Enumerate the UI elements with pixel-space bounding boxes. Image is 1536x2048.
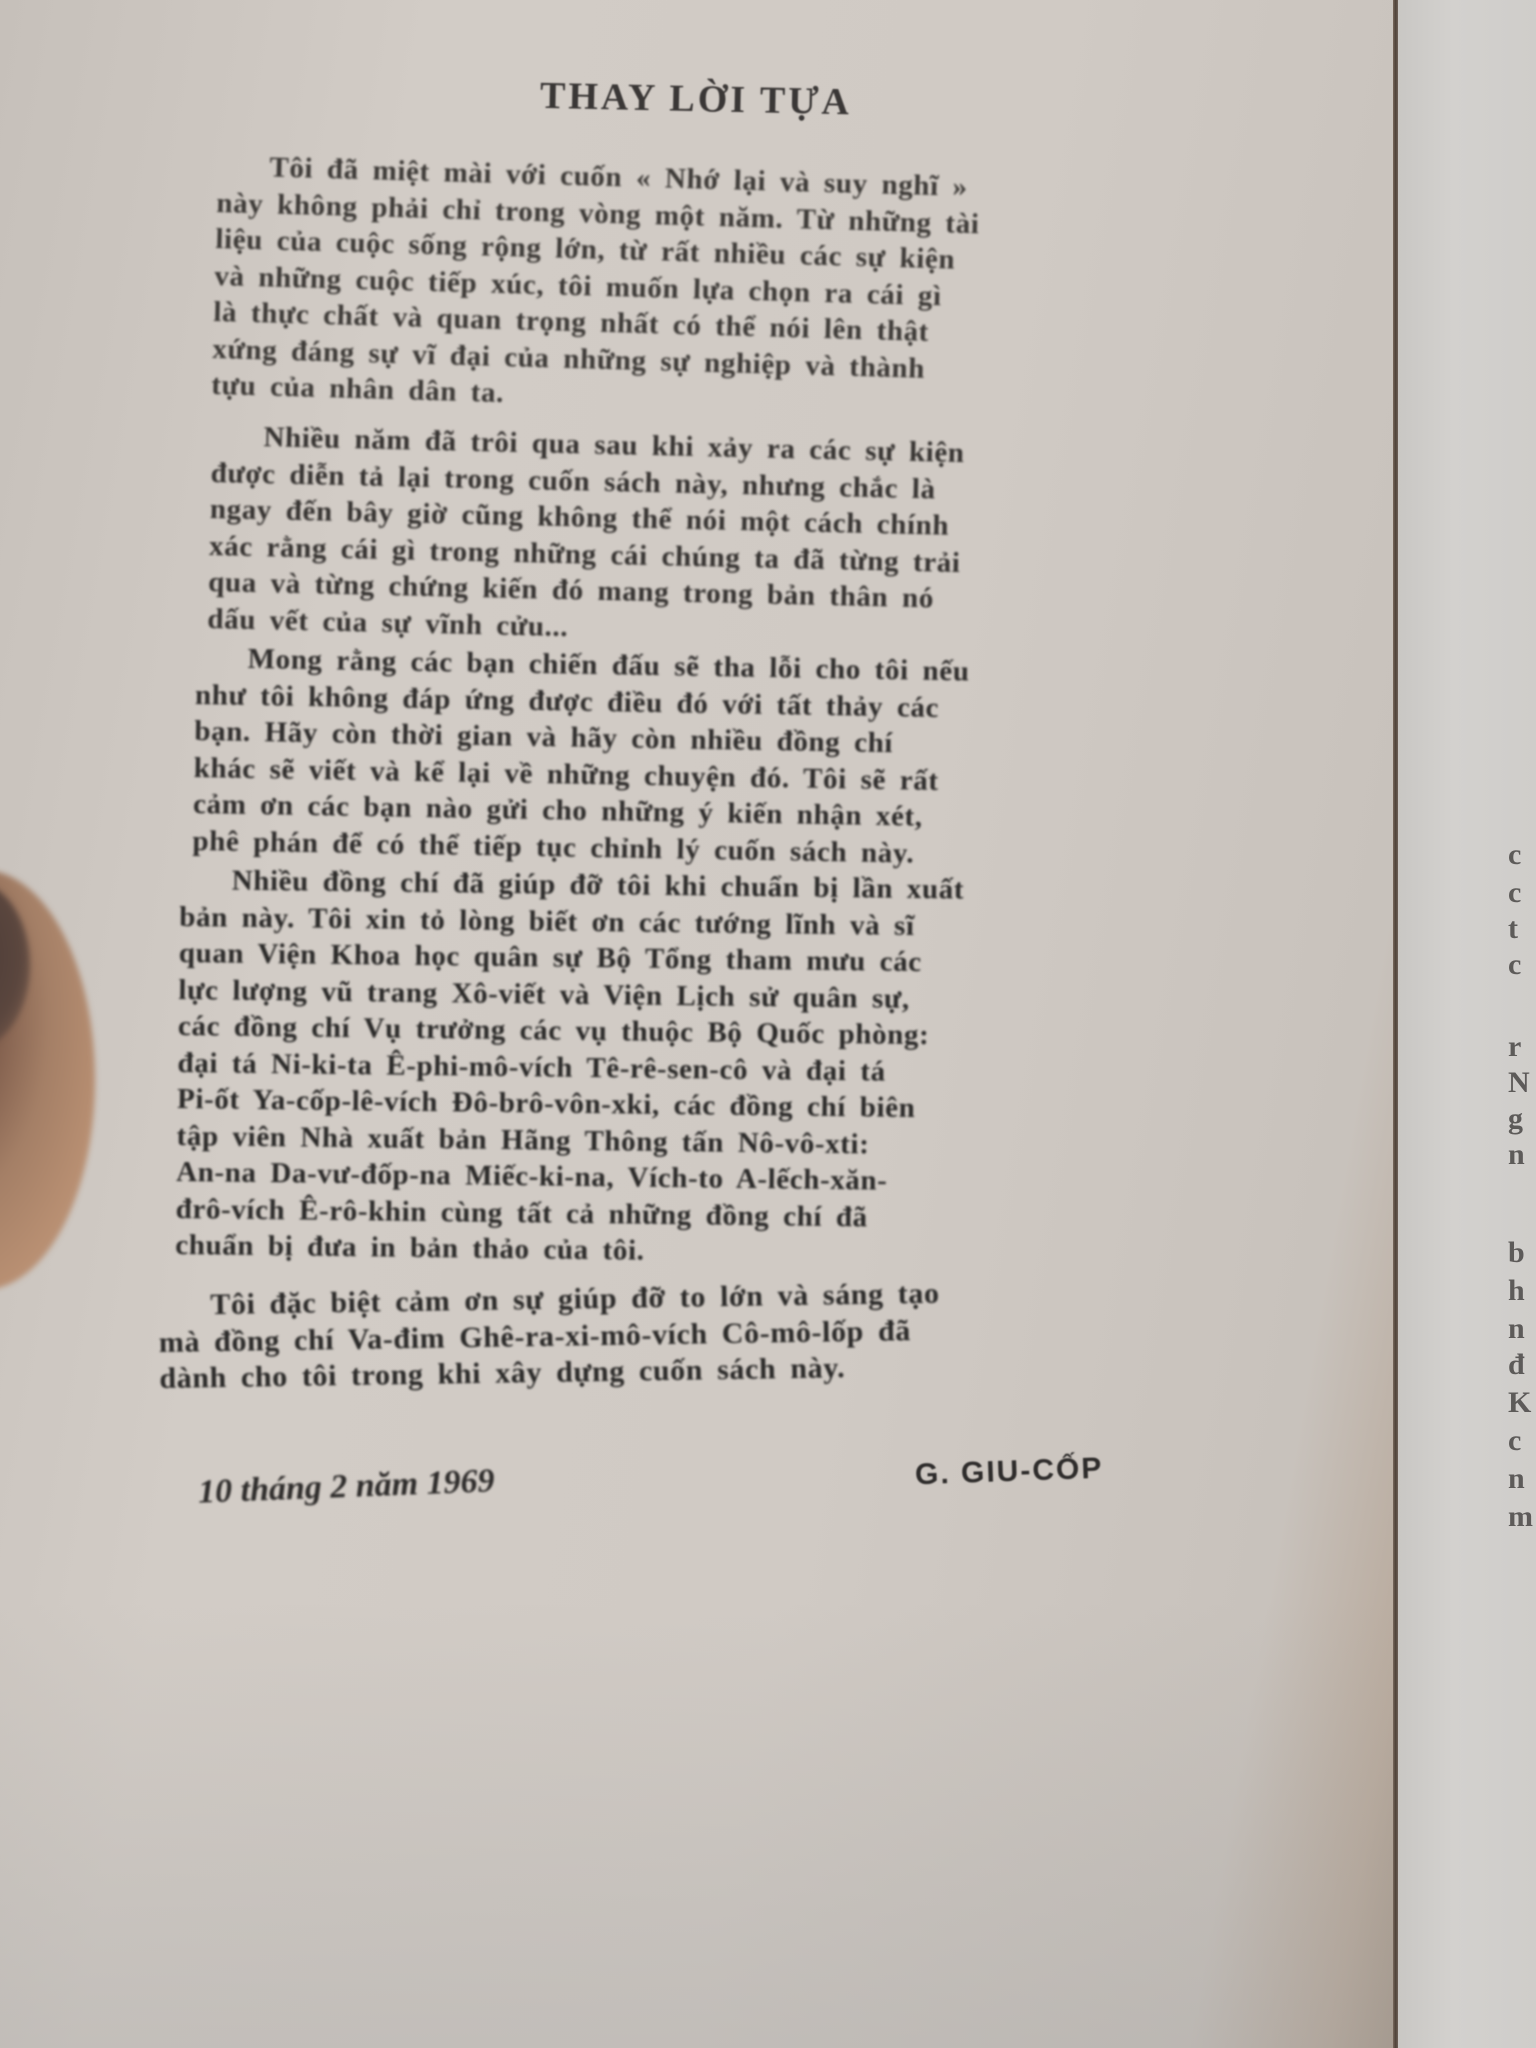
paragraph-2: Nhiều năm đã trôi qua sau khi xảy ra các… xyxy=(207,418,1262,661)
adjacent-page-letter: b xyxy=(1508,1236,1525,1270)
adjacent-page-letter: g xyxy=(1508,1102,1523,1136)
adjacent-page-letter: t xyxy=(1508,912,1518,946)
adjacent-book-page: c c t c r N g n b h n đ K c n m xyxy=(1398,0,1536,2048)
adjacent-page-letter: K xyxy=(1508,1386,1531,1420)
adjacent-page-letter: c xyxy=(1508,948,1521,982)
paragraph-4: Nhiều đồng chí đã giúp đỡ tôi khi chuẩn … xyxy=(175,862,1265,1277)
preface-date: 10 tháng 2 năm 1969 xyxy=(197,1462,495,1511)
adjacent-page-letter: h xyxy=(1508,1274,1525,1308)
adjacent-page-letter: đ xyxy=(1508,1348,1525,1382)
adjacent-page-letter: n xyxy=(1508,1462,1525,1496)
paragraph-5: Tôi đặc biệt cảm ơn sự giúp đỡ to lớn và… xyxy=(158,1271,1258,1398)
adjacent-page-letter: m xyxy=(1508,1500,1533,1534)
page-title: THAY LỜI TỰA xyxy=(540,74,941,126)
adjacent-page-letter: N xyxy=(1508,1066,1530,1100)
paragraph-3: Mong rằng các bạn chiến đấu sẽ tha lỗi c… xyxy=(192,640,1264,878)
adjacent-page-letter: r xyxy=(1508,1030,1521,1064)
adjacent-page-letter: c xyxy=(1508,876,1521,910)
paragraph-1: Tôi đã miệt mài với cuốn « Nhớ lại và su… xyxy=(211,148,1263,433)
preface-text: THAY LỜI TỰA Tôi đã miệt mài với cuốn « … xyxy=(0,0,1400,2048)
adjacent-page-letter: c xyxy=(1508,838,1521,872)
adjacent-page-letter: c xyxy=(1508,1424,1521,1458)
adjacent-page-letter: n xyxy=(1508,1312,1525,1346)
author-signature: G. GIU-CỐP xyxy=(914,1452,1103,1493)
adjacent-page-letter: n xyxy=(1508,1138,1525,1172)
